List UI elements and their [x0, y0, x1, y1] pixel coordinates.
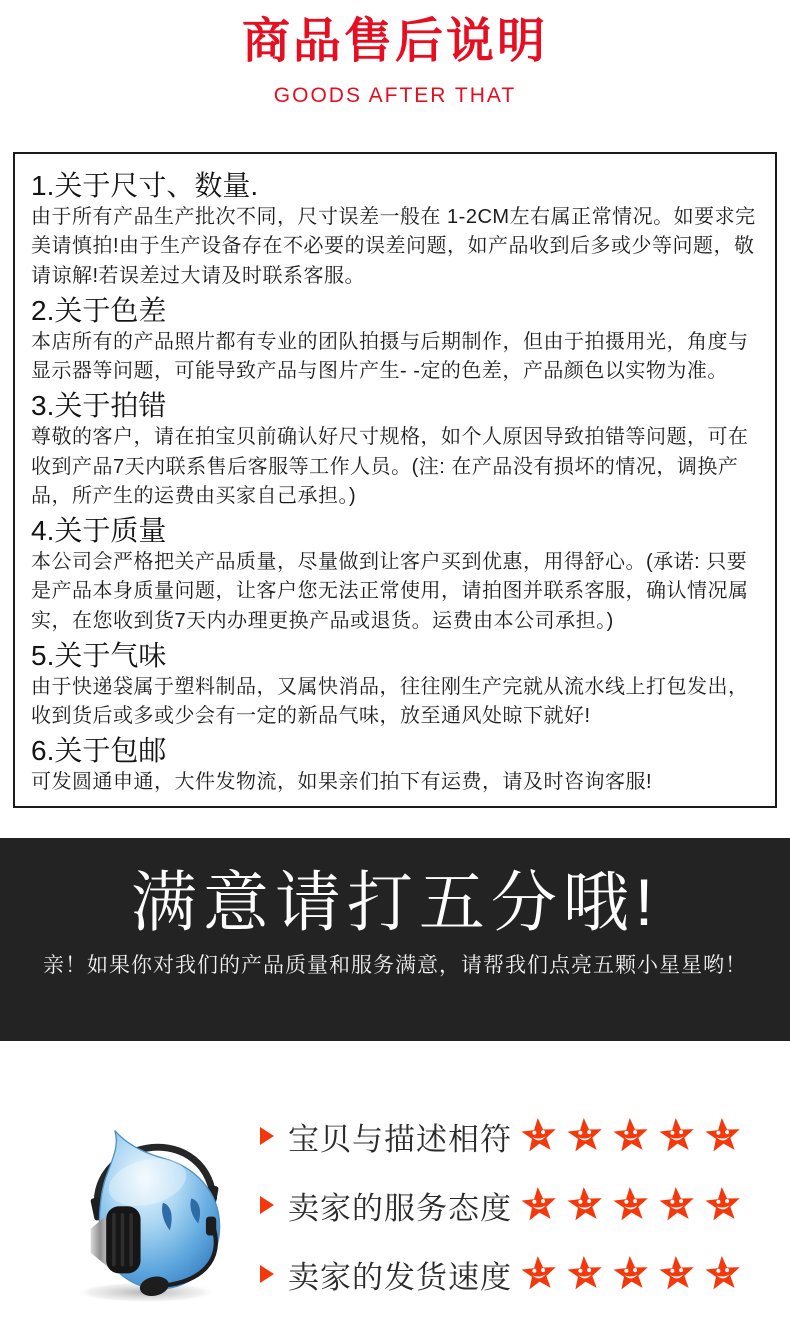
banner-title: 满意请打五分哦!	[0, 838, 790, 939]
smiley-star-icon	[612, 1185, 650, 1225]
policy-section-heading: 1.关于尺寸、数量.	[31, 166, 759, 203]
smiley-star-icon	[704, 1254, 742, 1294]
smiley-star-icon	[658, 1185, 696, 1225]
policy-section: 3.关于拍错 尊敬的客户，请在拍宝贝前确认好尺寸规格，如个人原因导致拍错等问题，…	[31, 386, 759, 511]
policy-section-heading: 4.关于质量	[31, 511, 759, 548]
smiley-star-icon	[704, 1116, 742, 1156]
policy-sections: 1.关于尺寸、数量. 由于所有产品生产批次不同，尺寸误差一般在 1-2CM左右属…	[31, 166, 759, 798]
policy-section-body: 由于所有产品生产批次不同，尺寸误差一般在 1-2CM左右属正常情况。如要求完美请…	[31, 203, 759, 291]
star-rating	[520, 1185, 742, 1225]
page-subtitle: GOODS AFTER THAT	[0, 84, 790, 108]
smiley-star-icon	[658, 1254, 696, 1294]
five-star-banner: 满意请打五分哦! 亲！如果你对我们的产品质量和服务满意，请帮我们点亮五颗小星星哟…	[0, 838, 790, 1041]
triangle-bullet-icon	[260, 1265, 274, 1283]
policy-section: 4.关于质量 本公司会严格把关产品质量，尽量做到让客户买到优惠，用得舒心。(承诺…	[31, 511, 759, 636]
star-rating	[520, 1116, 742, 1156]
policy-section-body: 本公司会严格把关产品质量，尽量做到让客户买到优惠，用得舒心。(承诺: 只要是产品…	[31, 548, 759, 636]
triangle-bullet-icon	[260, 1196, 274, 1214]
rating-label: 宝贝与描述相符	[288, 1114, 510, 1159]
policy-section-heading: 6.关于包邮	[31, 731, 759, 768]
policy-section-body: 本店所有的产品照片都有专业的团队拍摄与后期制作，但由于拍摄用光，角度与显示器等问…	[31, 328, 759, 386]
policy-section-body: 尊敬的客户，请在拍宝贝前确认好尺寸规格，如个人原因导致拍错等问题，可在收到产品7…	[31, 423, 759, 511]
policy-section-body: 由于快递袋属于塑料制品，又属快消品，往往刚生产完就从流水线上打包发出，收到货后或…	[31, 673, 759, 731]
smiley-star-icon	[566, 1116, 604, 1156]
customer-service-mascot-icon	[58, 1093, 230, 1323]
rating-label: 卖家的服务态度	[288, 1183, 510, 1228]
smiley-star-icon	[566, 1185, 604, 1225]
policy-section-body: 可发圆通申通，大件发物流，如果亲们拍下有运费，请及时咨询客服!	[31, 768, 759, 797]
smiley-star-icon	[658, 1116, 696, 1156]
page-title: 商品售后说明	[0, 12, 790, 72]
header: 商品售后说明 GOODS AFTER THAT	[0, 12, 790, 108]
smiley-star-icon	[704, 1185, 742, 1225]
rating-label: 卖家的发货速度	[288, 1252, 510, 1297]
smiley-star-icon	[520, 1116, 558, 1156]
after-sales-policy-box: 1.关于尺寸、数量. 由于所有产品生产批次不同，尺寸误差一般在 1-2CM左右属…	[13, 152, 777, 808]
star-rating	[520, 1254, 742, 1294]
rating-rows: 宝贝与描述相符	[260, 1112, 742, 1319]
rating-row: 宝贝与描述相符	[260, 1112, 742, 1160]
rating-section: 宝贝与描述相符	[0, 1041, 790, 1341]
policy-section: 5.关于气味 由于快递袋属于塑料制品，又属快消品，往往刚生产完就从流水线上打包发…	[31, 636, 759, 732]
smiley-star-icon	[612, 1116, 650, 1156]
policy-section-heading: 3.关于拍错	[31, 386, 759, 423]
policy-section: 1.关于尺寸、数量. 由于所有产品生产批次不同，尺寸误差一般在 1-2CM左右属…	[31, 166, 759, 291]
banner-subtitle: 亲！如果你对我们的产品质量和服务满意，请帮我们点亮五颗小星星哟！	[0, 949, 790, 979]
smiley-star-icon	[612, 1254, 650, 1294]
smiley-star-icon	[566, 1254, 604, 1294]
rating-row: 卖家的发货速度	[260, 1250, 742, 1298]
policy-section: 2.关于色差 本店所有的产品照片都有专业的团队拍摄与后期制作，但由于拍摄用光，角…	[31, 291, 759, 387]
policy-section: 6.关于包邮 可发圆通申通，大件发物流，如果亲们拍下有运费，请及时咨询客服!	[31, 731, 759, 797]
smiley-star-icon	[520, 1185, 558, 1225]
policy-section-heading: 5.关于气味	[31, 636, 759, 673]
policy-section-heading: 2.关于色差	[31, 291, 759, 328]
smiley-star-icon	[520, 1254, 558, 1294]
rating-row: 卖家的服务态度	[260, 1181, 742, 1229]
triangle-bullet-icon	[260, 1127, 274, 1145]
